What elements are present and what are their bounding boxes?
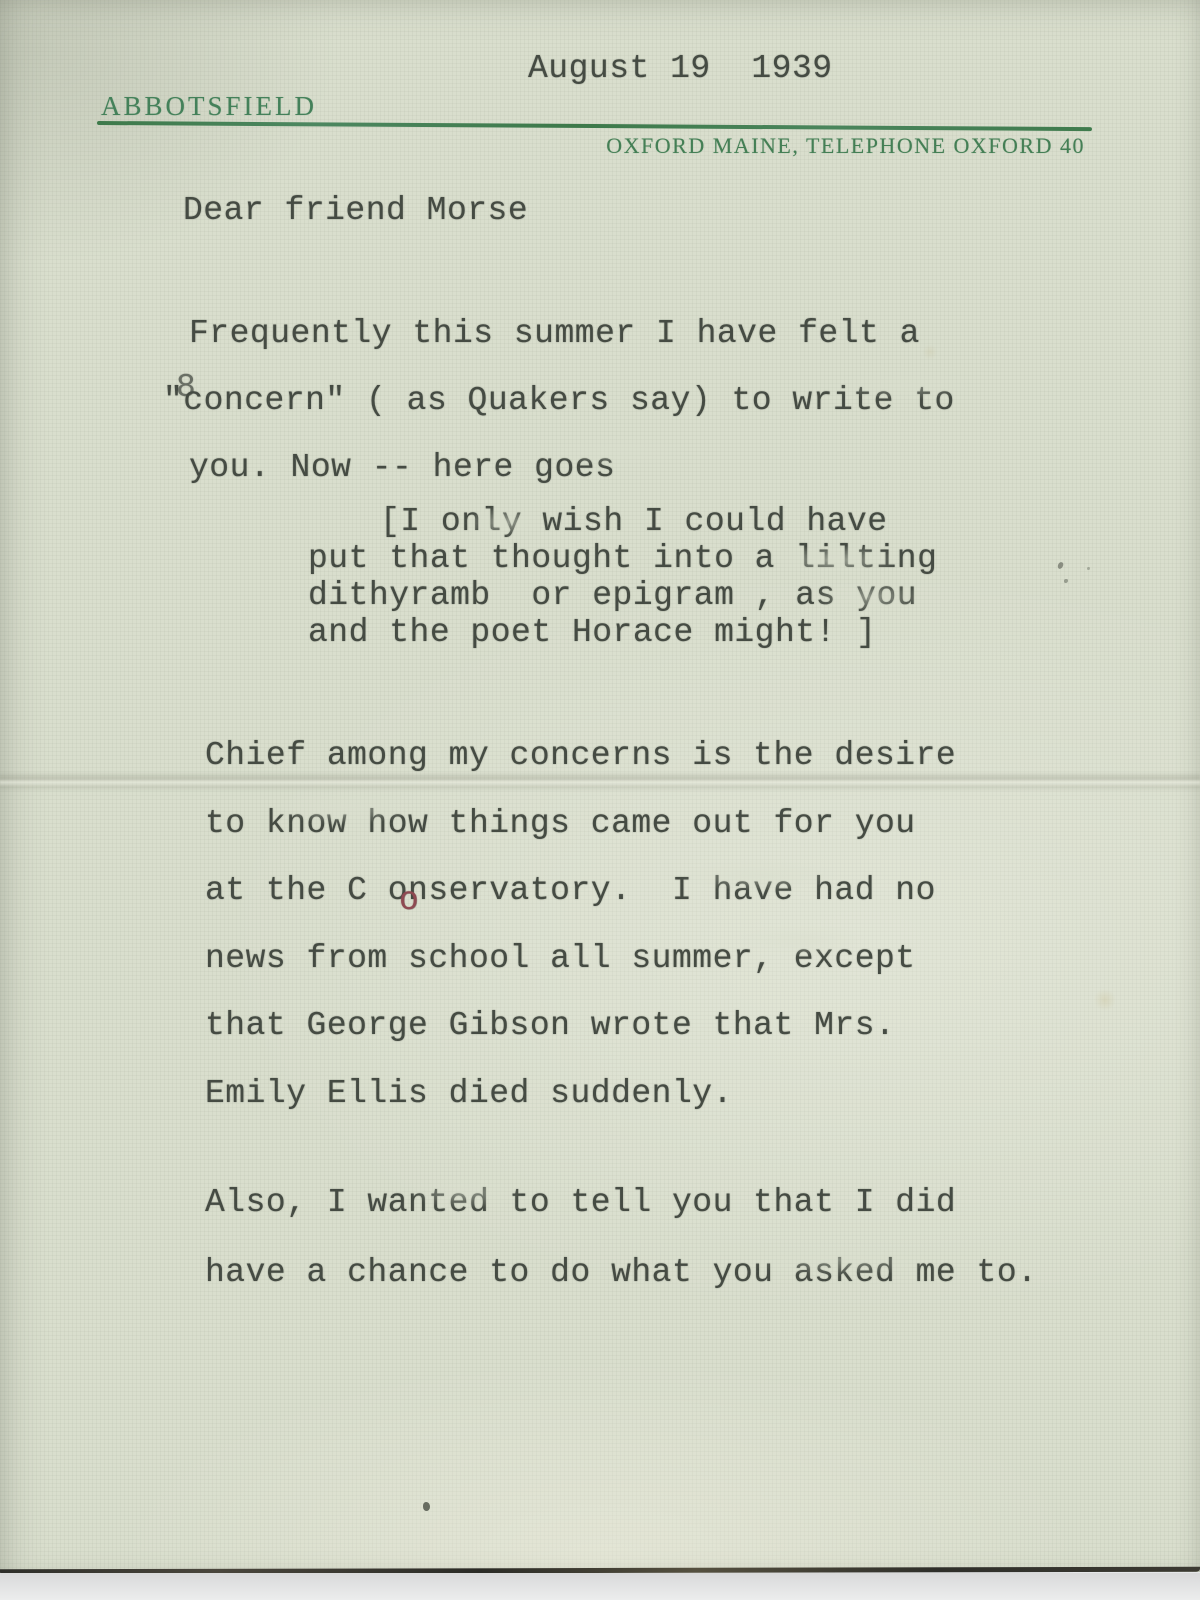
letter-line: "concern" ( as Quakers say) to write to [163, 367, 955, 434]
scanned-letter: August 19 1939 ABBOTSFIELD OXFORD MAINE,… [0, 0, 1200, 1600]
aside-bracketed-block: [I only wish I could haveput that though… [308, 503, 937, 651]
letterhead-rule [97, 121, 1092, 131]
letter-line: Emily Ellis died suddenly. [205, 1060, 956, 1128]
ink-speck [1087, 567, 1090, 570]
letterhead-name: ABBOTSFIELD [101, 91, 317, 122]
paragraph-closing: Also, I wanted to tell you that I didhav… [205, 1168, 1037, 1308]
letterhead-address: OXFORD MAINE, TELEPHONE OXFORD 40 [606, 133, 1085, 159]
letter-line: put that thought into a lilting [308, 540, 937, 577]
ink-speck [1057, 561, 1064, 569]
scanner-background-strip [0, 1573, 1200, 1600]
ink-speck [1064, 579, 1068, 583]
letter-line: at the C onservatory. I have had no [205, 857, 956, 925]
letter-line: and the poet Horace might! ] [308, 614, 937, 651]
letter-line: to know how things came out for you [205, 790, 956, 858]
letter-line: that George Gibson wrote that Mrs. [205, 992, 956, 1060]
ink-speck [423, 1502, 430, 1511]
letter-line: Also, I wanted to tell you that I did [205, 1168, 1037, 1238]
letter-line: [I only wish I could have [380, 503, 937, 540]
letter-date: August 19 1939 [528, 50, 833, 87]
letter-paper: August 19 1939 ABBOTSFIELD OXFORD MAINE,… [0, 0, 1200, 1572]
overstrike-red-o-character: o [399, 882, 419, 919]
letter-line: dithyramb or epigram , as you [308, 577, 937, 614]
fold-crease [0, 772, 1200, 792]
letter-line: you. Now -- here goes [189, 434, 955, 501]
salutation-line: Dear friend Morse [183, 192, 528, 229]
letter-line: news from school all summer, except [205, 925, 956, 993]
letter-line: Frequently this summer I have felt a [189, 300, 955, 367]
paragraph-opening: Frequently this summer I have felt a"con… [163, 300, 955, 501]
letter-line: have a chance to do what you asked me to… [205, 1238, 1037, 1308]
overstrike-8-character: 8 [176, 369, 196, 406]
